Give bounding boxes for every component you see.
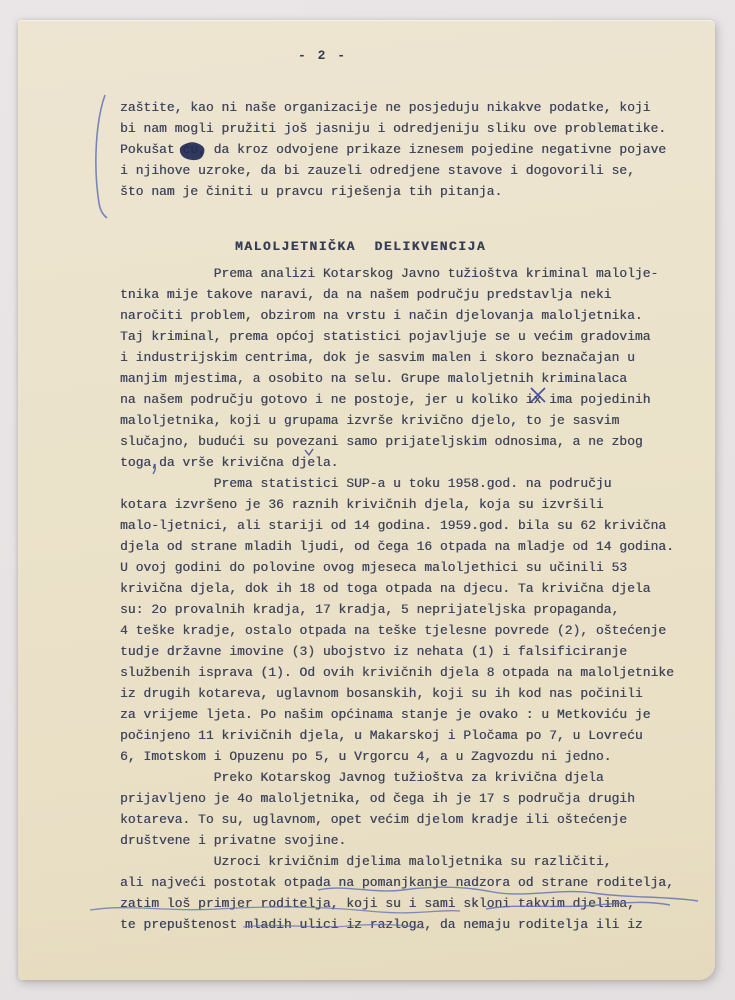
pen-margin-bracket-icon	[96, 95, 107, 218]
paragraph-prosecutor-report: Preko Kotarskog Javnog tužioštva za kriv…	[120, 767, 715, 851]
paragraph-sup-statistics: Prema statistici SUP-a u toku 1958.god. …	[120, 473, 715, 767]
document-page: - 2 - zaštite, kao ni naše organizacije …	[18, 20, 715, 980]
page-number: - 2 -	[298, 48, 715, 64]
paragraph-intro: zaštite, kao ni naše organizacije ne pos…	[120, 97, 715, 202]
paragraph-juvenile-analysis: Prema analizi Kotarskog Javno tužioštva …	[120, 263, 715, 473]
section-heading: MALOLJETNIČKA DELIKVENCIJA	[235, 236, 715, 257]
paragraph-causes: Uzroci krivičnim djelima maloljetnika su…	[120, 851, 715, 935]
